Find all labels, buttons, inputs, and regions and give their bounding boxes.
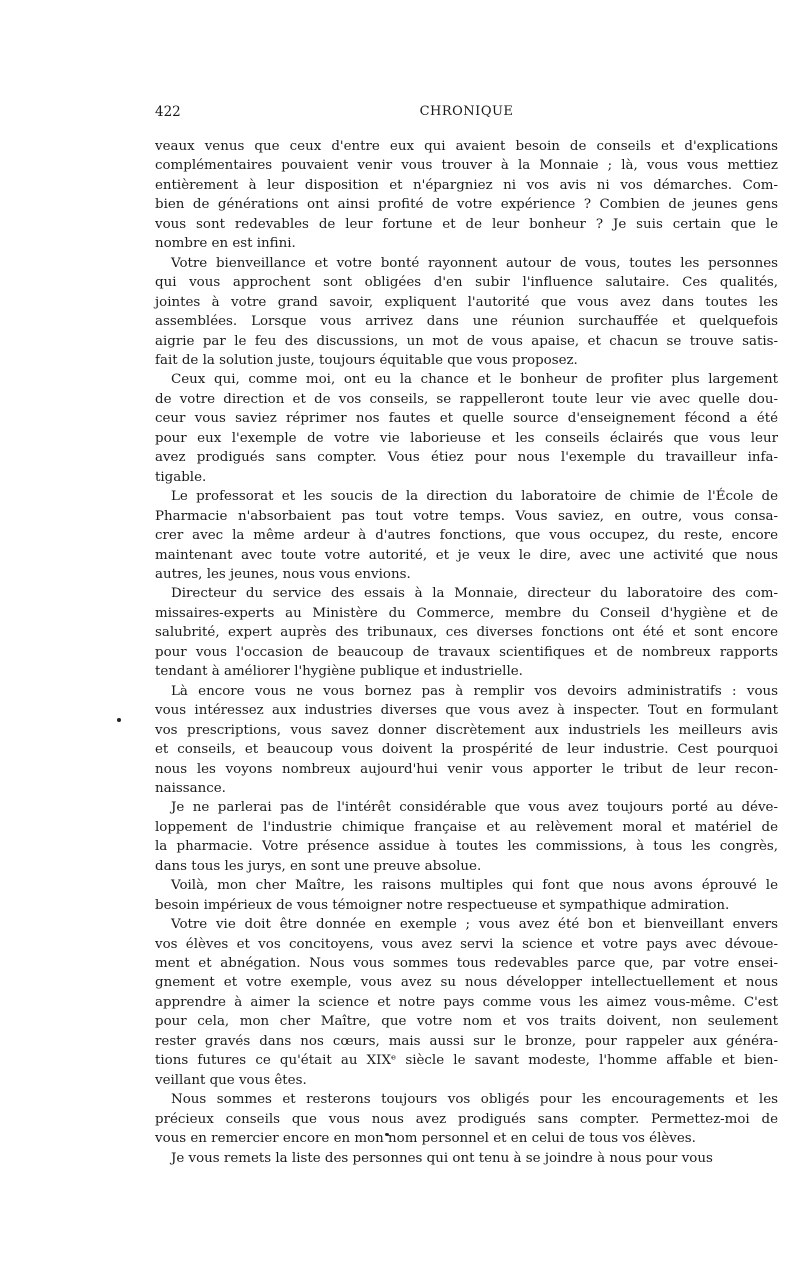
text-line: Le professorat et les soucis de la direc…: [155, 487, 778, 506]
text-line: ceur vous saviez réprimer nos fautes et …: [155, 409, 778, 428]
text-line: pour eux l'exemple de votre vie laborieu…: [155, 429, 778, 448]
text-line: nombre en est infini.: [155, 234, 778, 253]
paragraph: Directeur du service des essais à la Mon…: [155, 584, 778, 681]
running-title: CHRONIQUE: [155, 104, 778, 119]
text-line: rester gravés dans nos cœurs, mais aussi…: [155, 1032, 778, 1051]
text-line: Votre vie doit être donnée en exemple ; …: [155, 915, 778, 934]
text-line: vos élèves et vos concitoyens, vous avez…: [155, 935, 778, 954]
text-line: crer avec la même ardeur à d'autres fonc…: [155, 526, 778, 545]
text-line: avez prodigués sans compter. Vous étiez …: [155, 448, 778, 467]
text-line: Là encore vous ne vous bornez pas à remp…: [155, 682, 778, 701]
text-line: naissance.: [155, 779, 778, 798]
text-line: fait de la solution juste, toujours équi…: [155, 351, 778, 370]
text-line: missaires-experts au Ministère du Commer…: [155, 604, 778, 623]
text-line: Ceux qui, comme moi, ont eu la chance et…: [155, 370, 778, 389]
paragraph: Votre vie doit être donnée en exemple ; …: [155, 915, 778, 1090]
paragraph: Ceux qui, comme moi, ont eu la chance et…: [155, 370, 778, 487]
text-line: Nous sommes et resterons toujours vos ob…: [155, 1090, 778, 1109]
text-line: veaux venus que ceux d'entre eux qui ava…: [155, 137, 778, 156]
text-line: autres, les jeunes, nous vous envions.: [155, 565, 778, 584]
text-line: ment et abnégation. Nous vous sommes tou…: [155, 954, 778, 973]
text-line: Voilà, mon cher Maître, les raisons mult…: [155, 876, 778, 895]
document-page: 422 CHRONIQUE veaux venus que ceux d'ent…: [155, 104, 778, 1168]
text-line: gnement et votre exemple, vous avez su n…: [155, 973, 778, 992]
paragraph: Voilà, mon cher Maître, les raisons mult…: [155, 876, 778, 915]
paragraph: Là encore vous ne vous bornez pas à remp…: [155, 682, 778, 799]
text-line: aigrie par le feu des discussions, un mo…: [155, 332, 778, 351]
text-line: bien de générations ont ainsi profité de…: [155, 195, 778, 214]
text-line: précieux conseils que vous nous avez pro…: [155, 1110, 778, 1129]
text-line: salubrité, expert auprès des tribunaux, …: [155, 623, 778, 642]
text-line: besoin impérieux de vous témoigner notre…: [155, 896, 778, 915]
text-line: assemblées. Lorsque vous arrivez dans un…: [155, 312, 778, 331]
text-line: maintenant avec toute votre autorité, et…: [155, 546, 778, 565]
text-line: loppement de l'industrie chimique frança…: [155, 818, 778, 837]
text-line: qui vous approchent sont obligées d'en s…: [155, 273, 778, 292]
paragraph: Je vous remets la liste des personnes qu…: [155, 1149, 778, 1168]
text-line: pour cela, mon cher Maître, que votre no…: [155, 1012, 778, 1031]
text-line: vous intéressez aux industries diverses …: [155, 701, 778, 720]
text-line: vos prescriptions, vous savez donner dis…: [155, 721, 778, 740]
text-line: tigable.: [155, 468, 778, 487]
text-line: la pharmacie. Votre présence assidue à t…: [155, 837, 778, 856]
paragraph: Votre bienveillance et votre bonté rayon…: [155, 254, 778, 371]
text-line: Je ne parlerai pas de l'intérêt considér…: [155, 798, 778, 817]
text-line: dans tous les jurys, en sont une preuve …: [155, 857, 778, 876]
bottom-mark: [385, 1133, 389, 1136]
text-line: entièrement à leur disposition et n'épar…: [155, 176, 778, 195]
text-line: Votre bienveillance et votre bonté rayon…: [155, 254, 778, 273]
text-line: et conseils, et beaucoup vous doivent la…: [155, 740, 778, 759]
text-line: tendant à améliorer l'hygiène publique e…: [155, 662, 778, 681]
text-line: complémentaires pouvaient venir vous tro…: [155, 156, 778, 175]
text-line: veillant que vous êtes.: [155, 1071, 778, 1090]
paragraph: veaux venus que ceux d'entre eux qui ava…: [155, 137, 778, 254]
paragraph: Le professorat et les soucis de la direc…: [155, 487, 778, 584]
body-text: veaux venus que ceux d'entre eux qui ava…: [155, 137, 778, 1168]
text-line: apprendre à aimer la science et notre pa…: [155, 993, 778, 1012]
paragraph: Je ne parlerai pas de l'intérêt considér…: [155, 798, 778, 876]
text-line: de votre direction et de vos conseils, s…: [155, 390, 778, 409]
paragraph: Nous sommes et resterons toujours vos ob…: [155, 1090, 778, 1148]
text-line: nous les voyons nombreux aujourd'hui ven…: [155, 760, 778, 779]
text-line: Directeur du service des essais à la Mon…: [155, 584, 778, 603]
text-line: vous sont redevables de leur fortune et …: [155, 215, 778, 234]
margin-mark: [117, 718, 121, 722]
text-line: tions futures ce qu'était au XIXᵉ siècle…: [155, 1051, 778, 1070]
text-line: Je vous remets la liste des personnes qu…: [155, 1149, 778, 1168]
running-head: 422 CHRONIQUE: [155, 104, 778, 126]
text-line: pour vous l'occasion de beaucoup de trav…: [155, 643, 778, 662]
text-line: Pharmacie n'absorbaient pas tout votre t…: [155, 507, 778, 526]
text-line: vous en remercier encore en mon nom pers…: [155, 1129, 778, 1148]
text-line: jointes à votre grand savoir, expliquent…: [155, 293, 778, 312]
